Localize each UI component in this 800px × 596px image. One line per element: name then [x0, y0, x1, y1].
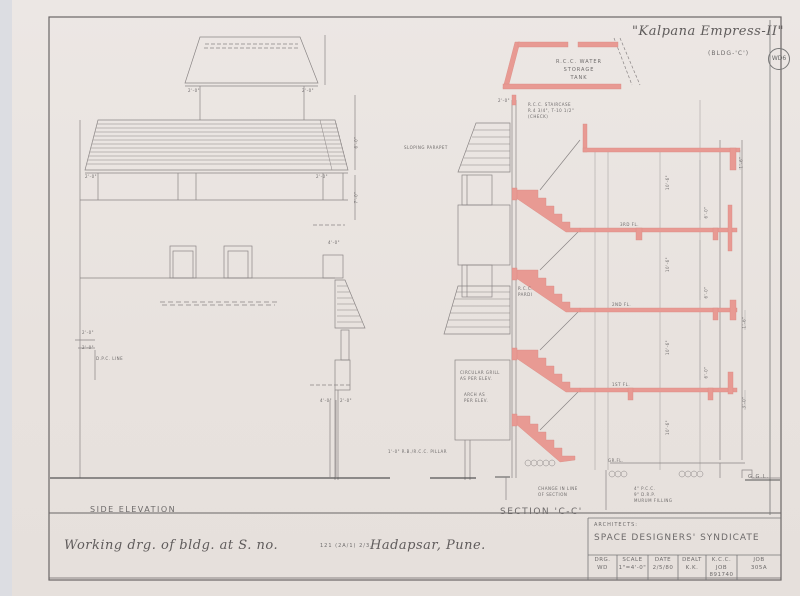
staircase-note: R.C.C. STAIRCASE R.4 3/4", T-10 1/2" (CH…	[528, 102, 574, 120]
dim-label: 10'-6"	[665, 420, 670, 435]
section-cc	[430, 20, 780, 515]
firm-name: SPACE DESIGNERS' SYNDICATE	[594, 533, 760, 543]
dim-label: 4'-0"	[328, 240, 340, 245]
dim-label: 10'-6"	[665, 257, 670, 272]
floor-label-1: 1ST FL.	[612, 382, 630, 387]
architects-label: ARCHITECTS:	[594, 522, 638, 528]
title-block-cell-kcc-job: K.C.C. JOB 891740	[706, 557, 737, 580]
sheet-badge: WD6	[768, 48, 790, 70]
dpc-line-label: D.P.C. LINE	[96, 356, 123, 361]
pillar-note: 1'-0" R.B./R.C.C. PILLAR	[388, 449, 447, 454]
circular-grill-note: CIRCULAR GRILL AS PER ELEV.	[460, 370, 500, 382]
dim-label: 2'-0"	[188, 88, 200, 93]
dim-label: 2'-0"	[340, 398, 352, 403]
dim-label: 2'-0"	[82, 330, 94, 335]
dim-label: 1'-6"	[738, 157, 743, 169]
dim-label: 3'-0"	[741, 397, 746, 409]
floor-label-3: 3RD FL.	[620, 222, 639, 227]
section-caption: SECTION 'C-C'	[500, 507, 583, 517]
dim-label: 2'-0"	[316, 174, 328, 179]
drawing-sheet: "Kalpana Empress-II" (BLDG-'C') WD6 SIDE…	[0, 0, 800, 596]
title-block-cell-dealt: DEALT K.K.	[678, 557, 706, 572]
dim-label: 10'-6"	[665, 175, 670, 190]
dim-label: 4'-0"	[320, 398, 332, 403]
rcc-pardi-note: R.C.C. PARDI	[518, 286, 533, 298]
dim-label: 6'-0"	[703, 367, 708, 379]
title-block-cell-drg: DRG. WD	[588, 557, 617, 572]
floor-label-2: 2ND FL.	[612, 302, 631, 307]
title-block-cell-job: JOB 305A	[737, 557, 781, 572]
ggl-label: G.G.L.	[748, 474, 769, 480]
dim-label: 2'-0"	[82, 345, 94, 350]
project-title: "Kalpana Empress-II"	[632, 24, 784, 39]
change-line-note: CHANGE IN LINE OF SECTION	[538, 486, 578, 498]
dim-label: 7'-0"	[353, 192, 358, 204]
description-prefix: Working drg. of bldg. at S. no.	[64, 538, 278, 553]
location: Hadapsar, Pune.	[370, 538, 486, 553]
title-block-cell-date: DATE 2/5/80	[648, 557, 678, 572]
side-elevation	[50, 35, 390, 480]
dim-label: 2'-0"	[302, 88, 314, 93]
dim-label: 6'-0"	[353, 137, 358, 149]
dim-label: 10'-6"	[665, 340, 670, 355]
dim-label: 2'-0"	[498, 98, 510, 103]
dim-label: 6'-0"	[703, 287, 708, 299]
dim-label: 6'-0"	[703, 207, 708, 219]
arch-note: ARCH AS PER ELEV.	[464, 392, 488, 404]
dim-label: 1'-6"	[741, 317, 746, 329]
water-tank-note: R.C.C. WATER STORAGE TANK	[556, 58, 602, 82]
gr-fl-label: GR.FL.	[608, 458, 624, 463]
flooring-note: 4" P.C.C. 9" D.R.P. MURUM FILLING	[634, 486, 673, 504]
title-block-cell-scale: SCALE 1"=4'-0"	[617, 557, 648, 572]
survey-number: 121 (2A/1) 2/3,	[320, 543, 373, 549]
sloping-parapet-note: SLOPING PARAPET	[404, 145, 448, 150]
building-label: (BLDG-'C')	[708, 50, 749, 57]
dim-label: 2'-0"	[85, 174, 97, 179]
side-elevation-caption: SIDE ELEVATION	[90, 505, 176, 514]
